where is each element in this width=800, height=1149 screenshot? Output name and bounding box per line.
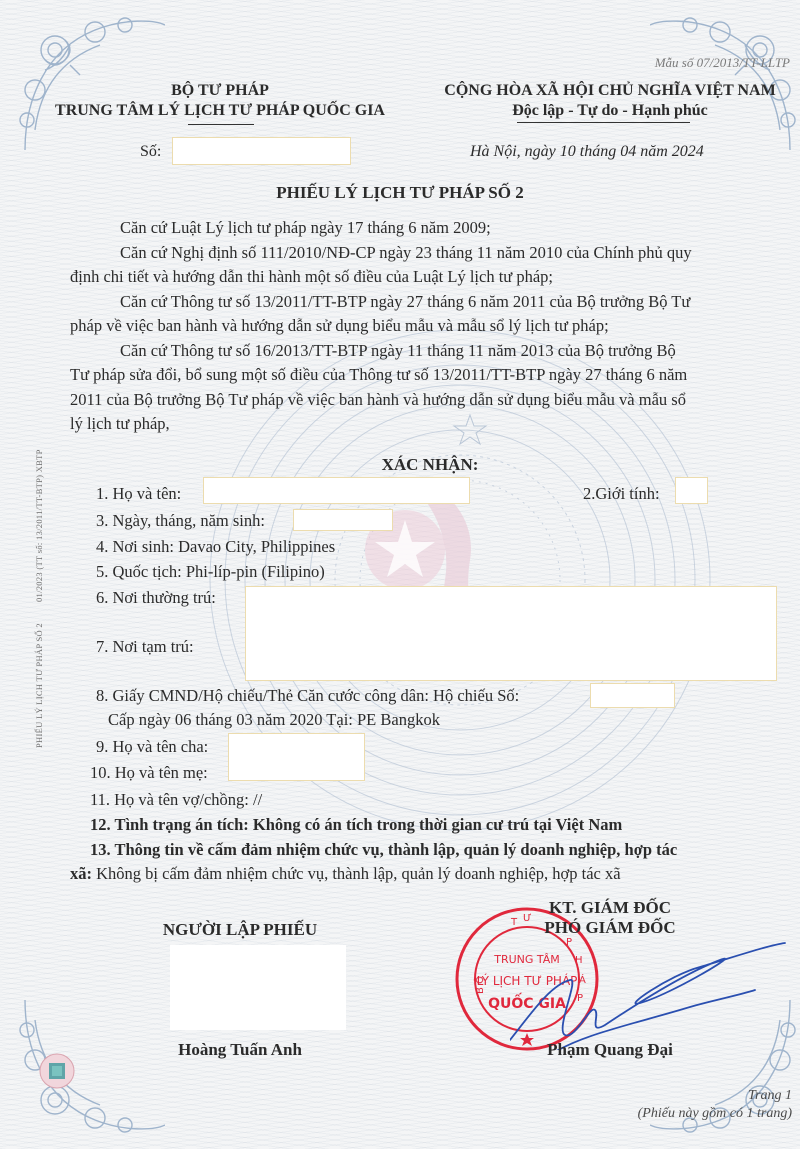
center-name: TRUNG TÂM LÝ LỊCH TƯ PHÁP QUỐC GIA (10, 102, 430, 120)
ban-info-row: xã: Không bị cấm đảm nhiệm chức vụ, thàn… (70, 864, 621, 884)
spouse-label: 11. Họ và tên vợ/chồng: (90, 790, 249, 809)
header-underline-left (188, 124, 254, 125)
nationality-label: 5. Quốc tịch: (96, 562, 182, 581)
issued-info: Cấp ngày 06 tháng 03 năm 2020 Tại: PE Ba… (108, 710, 440, 730)
gender-label: 2.Giới tính: (583, 484, 660, 504)
ban-info-value: Không bị cấm đảm nhiệm chức vụ, thành lậ… (96, 864, 620, 883)
birthplace-row: 4. Nơi sinh: Davao City, Philippines (96, 537, 335, 557)
number-label: Số: (140, 143, 161, 161)
nationality-row: 5. Quốc tịch: Phi-líp-pin (Filipino) (96, 562, 325, 582)
gender-field[interactable] (675, 477, 708, 504)
temporary-residence-label: 7. Nơi tạm trú: (96, 637, 194, 657)
hologram-sticker-icon (38, 1052, 76, 1090)
document-title: PHIẾU LÝ LỊCH TƯ PHÁP SỐ 2 (0, 183, 800, 203)
preparer-title: NGƯỜI LẬP PHIẾU (100, 920, 380, 940)
number-field[interactable] (172, 137, 351, 165)
side-form-name: PHIẾU LÝ LỊCH TƯ PHÁP SỐ 2 (34, 623, 44, 748)
handwritten-signature-icon (510, 935, 790, 1050)
signer-name: Phạm Quang Đại (470, 1040, 750, 1060)
preparer-signature-redacted (170, 945, 346, 1030)
father-name-label: 9. Họ và tên cha: (96, 737, 208, 757)
page-number: Trang 1 (748, 1088, 792, 1104)
preamble-line: Tư pháp sửa đổi, bổ sung một số điều của… (70, 365, 687, 385)
preamble-line: định chi tiết và hướng dẫn thi hành một … (70, 267, 553, 287)
passport-number-field[interactable] (590, 683, 675, 708)
criminal-record-row: 12. Tình trạng án tích: Không có án tích… (90, 815, 622, 835)
preamble-line: lý lịch tư pháp, (70, 414, 170, 434)
ban-info-label: 13. Thông tin về cấm đảm nhiệm chức vụ, … (90, 840, 677, 860)
spouse-value: // (253, 790, 262, 809)
mother-name-label: 10. Họ và tên mẹ: (90, 763, 208, 783)
confirm-heading: XÁC NHẬN: (0, 455, 800, 475)
place-date: Hà Nội, ngày 10 tháng 04 năm 2024 (470, 143, 704, 161)
national-motto: Độc lập - Tự do - Hạnh phúc (420, 102, 800, 120)
id-document-label: 8. Giấy CMND/Hộ chiếu/Thẻ Căn cước công … (96, 686, 519, 706)
preamble-line: Căn cứ Nghị định số 111/2010/NĐ-CP ngày … (120, 243, 692, 263)
preamble-line: Căn cứ Thông tư số 16/2013/TT-BTP ngày 1… (120, 341, 676, 361)
permanent-residence-label: 6. Nơi thường trú: (96, 588, 216, 608)
residence-field[interactable] (245, 586, 777, 681)
dob-field[interactable] (293, 509, 393, 531)
full-name-field[interactable] (203, 477, 470, 504)
preamble-line: Căn cứ Thông tư số 13/2011/TT-BTP ngày 2… (120, 292, 690, 312)
signer-title-1: KT. GIÁM ĐỐC (470, 898, 750, 918)
ministry-name: BỘ TƯ PHÁP (20, 82, 420, 100)
birthplace-label: 4. Nơi sinh: (96, 537, 174, 556)
republic-name: CỘNG HÒA XÃ HỘI CHỦ NGHĨA VIỆT NAM (420, 82, 800, 100)
nationality-value: Phi-líp-pin (Filipino) (186, 562, 325, 581)
preparer-name: Hoàng Tuấn Anh (100, 1040, 380, 1060)
preamble-line: pháp về việc ban hành và hướng dẫn sử dụ… (70, 316, 609, 336)
spouse-row: 11. Họ và tên vợ/chồng: // (90, 790, 262, 810)
criminal-record-label: 12. Tình trạng án tích: (90, 815, 249, 834)
page-note: (Phiếu này gồm có 1 trang) (638, 1106, 792, 1122)
ban-info-label-cont: xã: (70, 864, 92, 883)
form-code: Mẫu số 07/2013/TT-LLTP (655, 55, 790, 71)
parents-name-field[interactable] (228, 733, 365, 781)
full-name-label: 1. Họ và tên: (96, 484, 181, 504)
dob-label: 3. Ngày, tháng, năm sinh: (96, 511, 265, 531)
criminal-record-value: Không có án tích trong thời gian cư trú … (253, 815, 622, 834)
preamble-line: 2011 của Bộ trưởng Bộ Tư pháp về việc ba… (70, 390, 686, 410)
birthplace-value: Davao City, Philippines (178, 537, 335, 556)
header-underline-right (517, 122, 690, 123)
preamble-line: Căn cứ Luật Lý lịch tư pháp ngày 17 thán… (120, 218, 491, 238)
